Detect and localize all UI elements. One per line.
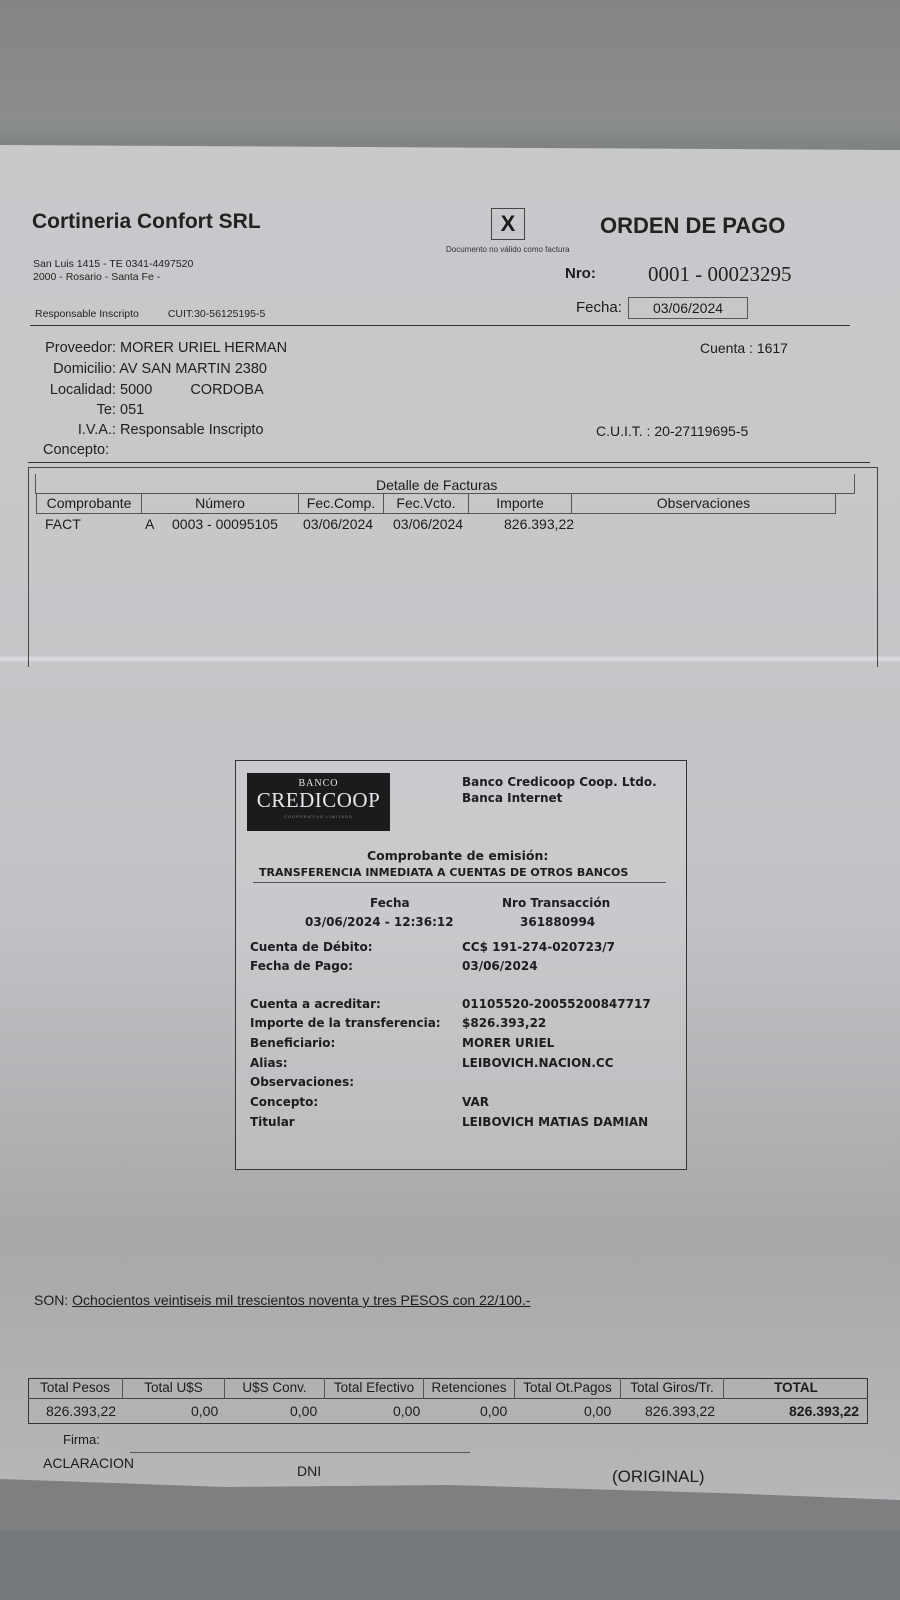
field-label-debit-account: Cuenta de Débito:	[250, 940, 373, 954]
totals-header: Total Pesos Total U$S U$S Conv. Total Ef…	[28, 1378, 868, 1399]
doc-letter-box: X	[491, 208, 525, 240]
dni-label: DNI	[297, 1463, 321, 1479]
val-total-efectivo: 0,00	[393, 1403, 420, 1419]
field-value-alias: LEIBOVICH.NACION.CC	[462, 1056, 614, 1070]
receipt-fecha-value: 03/06/2024 - 12:36:12	[305, 915, 454, 929]
receipt-title: Comprobante de emisión:	[367, 848, 548, 863]
val-total: 826.393,22	[789, 1403, 859, 1419]
address-line-1: San Luis 1415 - TE 0341-4497520	[33, 258, 193, 271]
cell-numero: 0003 - 00095105	[172, 516, 278, 532]
col-retenciones: Retenciones	[424, 1378, 515, 1399]
field-label-payment-date: Fecha de Pago:	[250, 959, 353, 973]
copy-label: (ORIGINAL)	[612, 1467, 705, 1487]
fecha-label: Fecha:	[576, 299, 622, 316]
receipt-trx-value: 361880994	[520, 915, 595, 929]
provider-row-telefono: Te: 051	[36, 402, 144, 418]
cell-comprobante: FACT	[45, 516, 81, 532]
doc-note: Documento no válido como factura	[446, 245, 570, 254]
val-total-pesos: 826.393,22	[46, 1403, 116, 1419]
signature-line	[130, 1452, 470, 1453]
company-address: San Luis 1415 - TE 0341-4497520 2000 - R…	[33, 258, 193, 284]
clarification-label: ACLARACION	[43, 1455, 134, 1471]
field-value-beneficiary: MORER URIEL	[462, 1036, 554, 1050]
receipt-fecha-label: Fecha	[370, 896, 410, 910]
invoice-table-header: Comprobante Número Fec.Comp. Fec.Vcto. I…	[36, 494, 836, 514]
col-total-ot-pagos: Total Ot.Pagos	[515, 1378, 621, 1399]
field-value-holder: LEIBOVICH MATIAS DAMIAN	[462, 1115, 648, 1129]
cell-letra: A	[145, 516, 154, 532]
provider-row-domicilio: Domicilio: AV SAN MARTIN 2380	[36, 361, 267, 377]
amount-in-words: SON: Ochocientos veintiseis mil trescien…	[34, 1292, 530, 1308]
val-total-giros: 826.393,22	[645, 1403, 715, 1419]
field-label-alias: Alias:	[250, 1056, 288, 1070]
col-usd-conv: U$S Conv.	[225, 1378, 325, 1399]
doc-title: ORDEN DE PAGO	[600, 213, 785, 239]
receipt-subtitle-rule	[253, 882, 666, 883]
col-total-usd: Total U$S	[123, 1378, 225, 1399]
provider-cuit: C.U.I.T. : 20-27119695-5	[596, 423, 748, 439]
val-retenciones: 0,00	[480, 1403, 507, 1419]
provider-divider	[28, 462, 870, 463]
field-value-concept: VAR	[462, 1095, 489, 1109]
background-surface-top	[0, 0, 900, 150]
col-total-efectivo: Total Efectivo	[325, 1378, 424, 1399]
address-line-2: 2000 - Rosario - Santa Fe -	[33, 271, 193, 284]
company-tax-info: Responsable Inscripto CUIT:30-56125195-5	[35, 308, 265, 320]
provider-row-localidad: Localidad: 5000 CORDOBA	[36, 382, 264, 398]
company-cuit: CUIT:30-56125195-5	[168, 308, 265, 320]
receipt-trx-label: Nro Transacción	[502, 896, 610, 910]
col-comprobante: Comprobante	[36, 494, 142, 514]
cell-fec-comp: 03/06/2024	[303, 516, 373, 532]
col-total-giros: Total Giros/Tr.	[621, 1378, 724, 1399]
cell-importe: 826.393,22	[504, 516, 574, 532]
val-total-usd: 0,00	[191, 1403, 218, 1419]
field-label-holder: Titular	[250, 1115, 295, 1129]
col-observaciones: Observaciones	[572, 494, 836, 514]
background-surface-bottom	[0, 1530, 900, 1600]
fecha-value: 03/06/2024	[628, 297, 748, 319]
cell-fec-vcto: 03/06/2024	[393, 516, 463, 532]
field-label-observations: Observaciones:	[250, 1075, 354, 1089]
val-total-ot-pagos: 0,00	[584, 1403, 611, 1419]
field-value-amount: $826.393,22	[462, 1016, 546, 1030]
provider-row-iva: I.V.A.: Responsable Inscripto	[36, 422, 264, 438]
col-numero: Número	[142, 494, 299, 514]
receipt-subtitle: TRANSFERENCIA INMEDIATA A CUENTAS DE OTR…	[259, 866, 628, 879]
field-label-credit-account: Cuenta a acreditar:	[250, 997, 381, 1011]
col-fec-vcto: Fec.Vcto.	[384, 494, 469, 514]
provider-row-concepto: Concepto:	[43, 442, 109, 458]
bank-logo-name: CREDICOOP	[247, 789, 390, 811]
invoice-detail-title: Detalle de Facturas	[376, 477, 497, 493]
col-total: TOTAL	[724, 1378, 868, 1399]
val-usd-conv: 0,00	[290, 1403, 317, 1419]
field-label-amount: Importe de la transferencia:	[250, 1016, 441, 1030]
col-fec-comp: Fec.Comp.	[299, 494, 384, 514]
field-value-payment-date: 03/06/2024	[462, 959, 538, 973]
field-value-credit-account: 01105520-20055200847717	[462, 997, 651, 1011]
bank-channel: Banca Internet	[462, 791, 562, 805]
header-divider	[30, 325, 850, 326]
bank-logo-tagline: COOPERATIVO LIMITADO	[247, 814, 390, 819]
tax-status: Responsable Inscripto	[35, 308, 139, 320]
signature-label: Firma:	[63, 1432, 100, 1447]
col-importe: Importe	[469, 494, 572, 514]
provider-account: Cuenta : 1617	[700, 340, 788, 356]
nro-value: 0001 - 00023295	[648, 262, 792, 287]
nro-label: Nro:	[565, 265, 596, 282]
field-label-beneficiary: Beneficiario:	[250, 1036, 335, 1050]
company-name: Cortineria Confort SRL	[32, 210, 261, 234]
provider-row-proveedor: Proveedor: MORER URIEL HERMAN	[36, 340, 287, 356]
field-label-concept: Concepto:	[250, 1095, 318, 1109]
son-words: Ochocientos veintiseis mil trescientos n…	[72, 1292, 530, 1308]
bank-name: Banco Credicoop Coop. Ltdo.	[462, 775, 657, 789]
son-label: SON:	[34, 1292, 68, 1308]
field-value-debit-account: CC$ 191-274-020723/7	[462, 940, 615, 954]
bank-logo: BANCO CREDICOOP COOPERATIVO LIMITADO	[247, 773, 390, 831]
col-total-pesos: Total Pesos	[28, 1378, 123, 1399]
